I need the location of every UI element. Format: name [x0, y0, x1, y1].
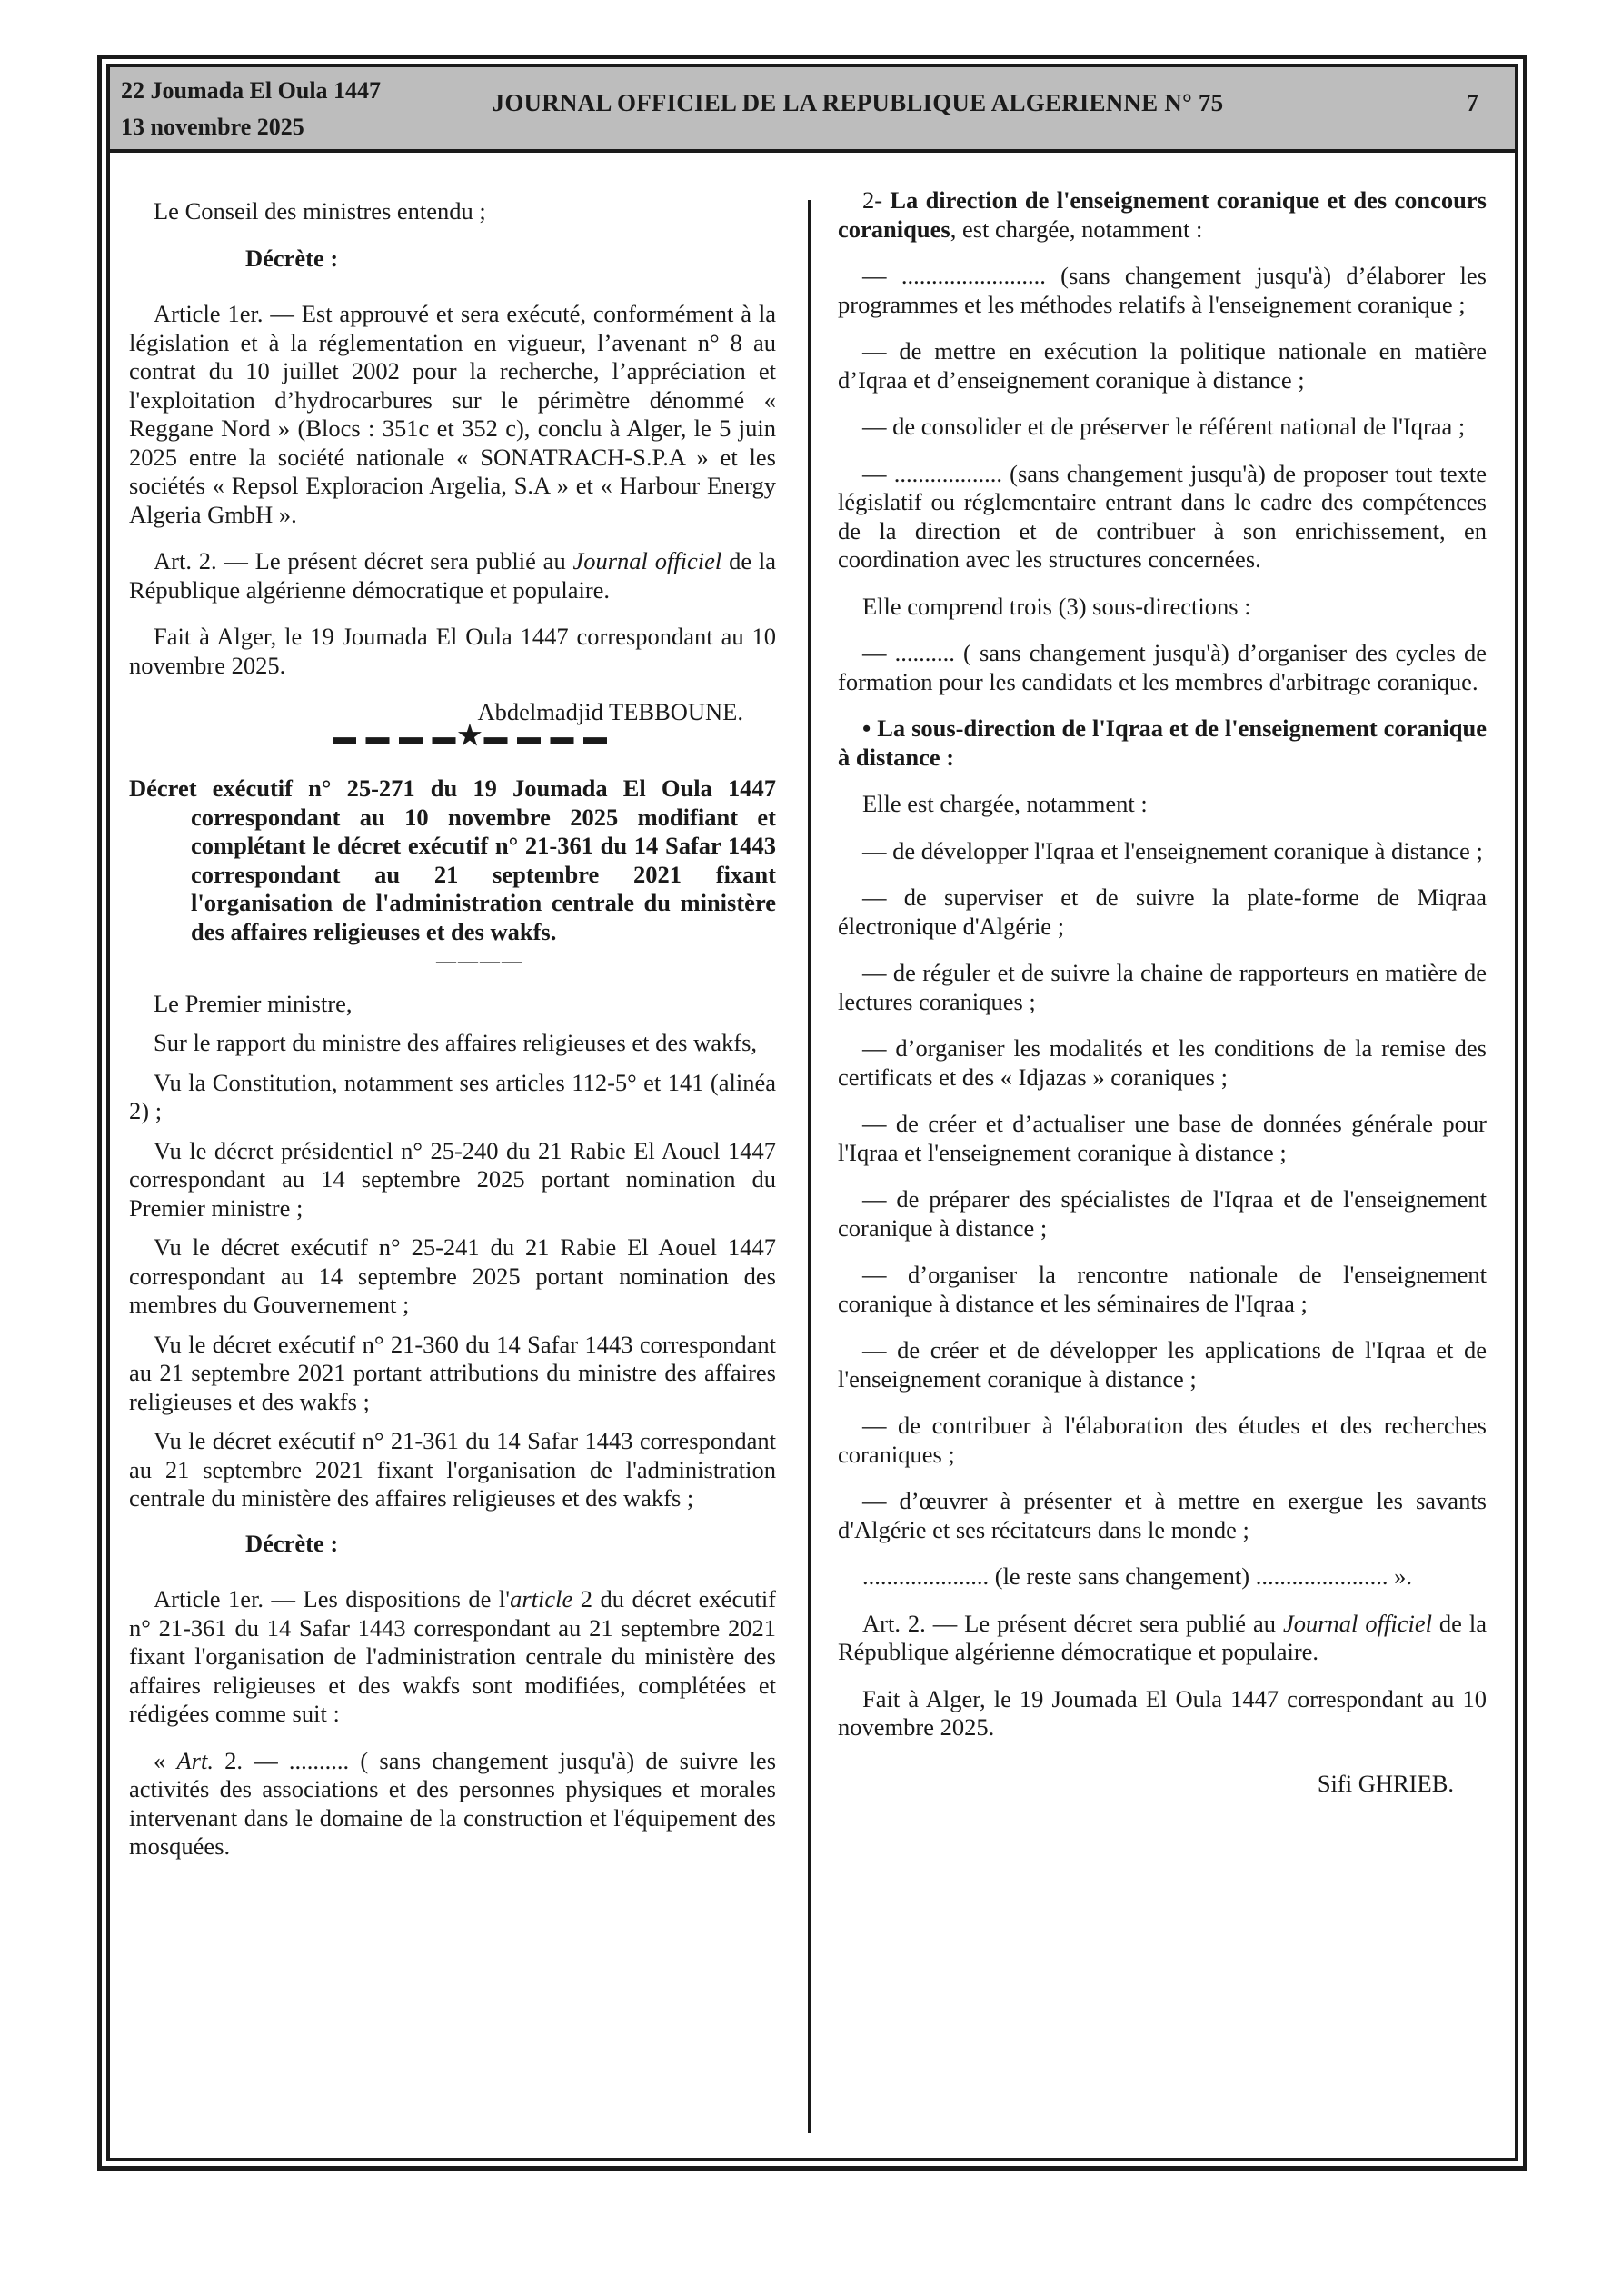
subdirection-item: — de créer et de développer les applicat… [838, 1336, 1487, 1393]
direction-item: — ........................ (sans changem… [838, 262, 1487, 319]
subdirection-item: — d’œuvrer à présenter et à mettre en ex… [838, 1487, 1487, 1544]
subdirection-item: — de réguler et de suivre la chaine de r… [838, 959, 1487, 1016]
left-column: Le Conseil des ministres entendu ; Décrè… [129, 186, 776, 1880]
subdirection-intro: Elle est chargée, notamment : [838, 790, 1487, 819]
subdirection-item: — de créer et d’actualiser une base de d… [838, 1110, 1487, 1167]
art-2-quote: « Art. 2. — .......... ( sans changement… [129, 1747, 776, 1862]
sous-directions-item: — .......... ( sans changement jusqu'à) … [838, 639, 1487, 696]
visa-item: Vu le décret exécutif n° 21-360 du 14 Sa… [129, 1331, 776, 1417]
subdirection-item: — de développer l'Iqraa et l'enseignemen… [838, 837, 1487, 866]
journal-officiel-italic: Journal officiel [1283, 1610, 1432, 1637]
direction-item: — de consolider et de préserver le référ… [838, 413, 1487, 442]
subdirection-item: — de contribuer à l'élaboration des étud… [838, 1412, 1487, 1469]
signature-ghrieb: Sifi GHRIEB. [838, 1770, 1487, 1799]
visa-item: Vu le décret exécutif n° 25-241 du 21 Ra… [129, 1233, 776, 1320]
star-icon: ★ [458, 721, 484, 751]
subdirection-item: — de préparer des spécialistes de l'Iqra… [838, 1185, 1487, 1243]
dash-right: ▬ ▬ ▬ ▬ [483, 724, 609, 750]
conseil-entendu: Le Conseil des ministres entendu ; [129, 197, 776, 226]
decree-title: Décret exécutif n° 25-271 du 19 Joumada … [129, 774, 776, 946]
journal-officiel-italic: Journal officiel [572, 547, 721, 574]
direction-item: — .................. (sans changement ju… [838, 460, 1487, 574]
visa-item: Vu le décret présidentiel n° 25-240 du 2… [129, 1137, 776, 1223]
article-1er-modification: Article 1er. — Les dispositions de l'art… [129, 1585, 776, 1729]
visa-item: Vu la Constitution, notamment ses articl… [129, 1069, 776, 1126]
premier-ministre: Le Premier ministre, [129, 990, 776, 1019]
decrete-heading-2: Décrète : [129, 1530, 776, 1559]
direction-item: — de mettre en exécution la politique na… [838, 337, 1487, 394]
article-1er-approval: Article 1er. — Est approuvé et sera exéc… [129, 300, 776, 529]
subdirection-item: — de superviser et de suivre la plate-fo… [838, 883, 1487, 941]
visa-item: Sur le rapport du ministre des affaires … [129, 1029, 776, 1058]
page-number: 7 [1467, 89, 1479, 117]
subdirection-title: • La sous-direction de l'Iqraa et de l'e… [838, 714, 1487, 772]
direction-heading: 2- La direction de l'enseignement corani… [838, 186, 1487, 244]
column-divider [808, 200, 811, 2133]
visa-item: Vu le décret exécutif n° 21-361 du 14 Sa… [129, 1427, 776, 1513]
article-2-publication: Art. 2. — Le présent décret sera publié … [129, 547, 776, 604]
subdirection-item: — d’organiser la rencontre nationale de … [838, 1261, 1487, 1318]
decrete-heading: Décrète : [129, 245, 776, 274]
reste-sans-changement: ..................... (le reste sans cha… [838, 1562, 1487, 1592]
dash-separator: ———— [129, 946, 776, 975]
fait-a-alger: Fait à Alger, le 19 Joumada El Oula 1447… [129, 623, 776, 680]
fait-a-alger-right: Fait à Alger, le 19 Joumada El Oula 1447… [838, 1685, 1487, 1742]
journal-title: JOURNAL OFFICIEL DE LA REPUBLIQUE ALGERI… [110, 89, 1515, 117]
journal-header: 22 Joumada El Oula 1447 13 novembre 2025… [110, 67, 1515, 153]
sous-directions-intro: Elle comprend trois (3) sous-directions … [838, 593, 1487, 622]
subdirection-item: — d’organiser les modalités et les condi… [838, 1034, 1487, 1092]
article-2-publication-right: Art. 2. — Le présent décret sera publié … [838, 1610, 1487, 1667]
dash-left: ▬ ▬ ▬ ▬ [333, 724, 458, 750]
right-column: 2- La direction de l'enseignement corani… [838, 186, 1487, 1798]
